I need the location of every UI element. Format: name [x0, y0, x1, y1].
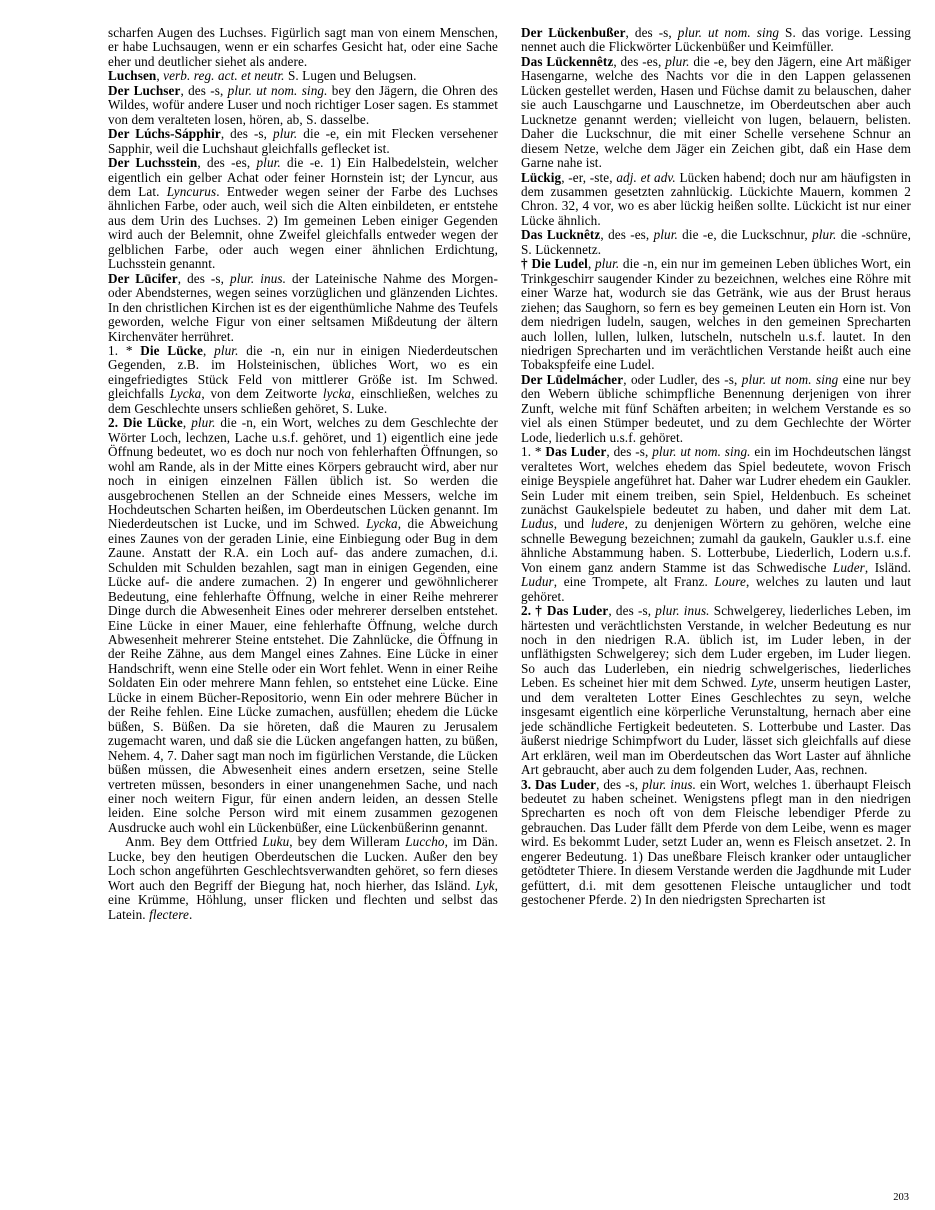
entry-text: 1. * [108, 343, 140, 358]
entry-text: , oder Ludler, des -s, [623, 372, 742, 387]
entry-text: , des -s, [180, 83, 227, 98]
grammar-label: lycka [323, 386, 351, 401]
grammar-label: ludere [591, 516, 625, 531]
grammar-label: plur. inus. [642, 777, 696, 792]
dictionary-entry: Lückig, -er, -ste, adj. et adv. Lücken h… [521, 171, 911, 229]
grammar-label: plur. inus. [655, 603, 709, 618]
entry-text: , und [554, 516, 591, 531]
entry-text: die -n, ein nur im gemeinen Leben üblich… [521, 256, 911, 372]
dictionary-entry: 3. Das Luder, des -s, plur. inus. ein Wo… [521, 778, 911, 908]
dictionary-entry: Der Lūdelmácher, oder Ludler, des -s, pl… [521, 373, 911, 445]
entry-text: , des -s, [608, 603, 655, 618]
left-column: scharfen Augen des Luchses. Figürlich sa… [108, 26, 498, 922]
grammar-label: plur. inus. [230, 271, 286, 286]
grammar-label: flectere [149, 907, 189, 922]
headword: Das Luder [545, 444, 606, 459]
grammar-label: Loure [714, 574, 746, 589]
grammar-label: Lyte [751, 675, 774, 690]
grammar-label: plur. [812, 227, 836, 242]
headword: Der Lūdelmácher [521, 372, 623, 387]
grammar-label: plur. [256, 155, 280, 170]
headword: 2. † Das Luder [521, 603, 608, 618]
headword: 2. Die Lücke [108, 415, 183, 430]
entry-text: . [189, 907, 192, 922]
entry-text: die -n, ein Wort, welches zu dem Geschle… [108, 415, 498, 531]
grammar-label: adj. et adv. [616, 170, 675, 185]
dictionary-page: scharfen Augen des Luchses. Figürlich sa… [0, 0, 935, 1210]
grammar-label: plur. ut nom. sing [742, 372, 839, 387]
grammar-label: plur. [595, 256, 619, 271]
entry-text: , des -s, [221, 126, 273, 141]
dictionary-entry: Das Lückennêtz, des -es, plur. die -e, b… [521, 55, 911, 171]
entry-text: ein Wort, welches 1. überhaupt Fleisch b… [521, 777, 911, 908]
entry-text: , des -s, [626, 25, 678, 40]
entry-text: , des -es, [600, 227, 653, 242]
grammar-label: plur. [214, 343, 238, 358]
grammar-label: Lyk [476, 878, 495, 893]
dictionary-entry: 1. * Die Lücke, plur. die -n, ein nur in… [108, 344, 498, 416]
headword: Das Lückennêtz [521, 54, 613, 69]
grammar-label: plur. [273, 126, 297, 141]
dictionary-entry: Der Luchser, des -s, plur. ut nom. sing.… [108, 84, 498, 127]
right-column: Der Lückenbußer, des -s, plur. ut nom. s… [521, 26, 911, 922]
entry-text: scharfen Augen des Luchses. Figürlich sa… [108, 25, 498, 69]
entry-text: , des -s, [178, 271, 230, 286]
entry-text: Anm. Bey dem Ottfried [125, 834, 263, 849]
entry-text: , die Abweichung eines Zaunes von der ge… [108, 516, 498, 835]
headword: Lückig [521, 170, 561, 185]
headword: Die Lücke [140, 343, 203, 358]
entry-text: , [588, 256, 595, 271]
dictionary-entry: Anm. Bey dem Ottfried Luku, bey dem Will… [108, 835, 498, 922]
grammar-label: Lycka [366, 516, 398, 531]
grammar-label: plur. [665, 54, 689, 69]
grammar-label: Lyncurus [167, 184, 217, 199]
grammar-label: plur. ut nom. sing. [652, 444, 750, 459]
entry-text: , bey dem Willeram [289, 834, 405, 849]
grammar-label: plur. ut nom. sing [678, 25, 779, 40]
headword: Der Luchser [108, 83, 180, 98]
entry-text: , Isländ. [865, 560, 911, 575]
headword: Der Lückenbußer [521, 25, 626, 40]
entry-text: 1. * [521, 444, 545, 459]
dictionary-entry: Das Lucknêtz, des -es, plur. die -e, die… [521, 228, 911, 257]
dictionary-entry: Der Lūcifer, des -s, plur. inus. der Lat… [108, 272, 498, 344]
dictionary-entry: scharfen Augen des Luchses. Figürlich sa… [108, 26, 498, 69]
grammar-label: Luku [263, 834, 290, 849]
entry-text: , [203, 343, 214, 358]
dictionary-entry: 2. † Das Luder, des -s, plur. inus. Schw… [521, 604, 911, 777]
dictionary-entry: † Die Ludel, plur. die -n, ein nur im ge… [521, 257, 911, 373]
headword: Luchsen [108, 68, 156, 83]
grammar-label: Ludus [521, 516, 554, 531]
dictionary-entry: Der Lückenbußer, des -s, plur. ut nom. s… [521, 26, 911, 55]
entry-text: die -e, bey den Jägern, eine Art mäßiger… [521, 54, 911, 170]
grammar-label: Luder [833, 560, 865, 575]
headword: † Die Ludel [521, 256, 588, 271]
entry-text: , -er, -ste, [561, 170, 616, 185]
headword: 3. Das Luder [521, 777, 596, 792]
dictionary-entry: 1. * Das Luder, des -s, plur. ut nom. si… [521, 445, 911, 604]
grammar-label: Lycka [170, 386, 202, 401]
grammar-label: Ludur [521, 574, 554, 589]
entry-text: , eine Trompete, alt Franz. [554, 574, 715, 589]
grammar-label: plur. [654, 227, 678, 242]
headword: Der Lúchs-Sápphir [108, 126, 221, 141]
headword: Der Luchsstein [108, 155, 197, 170]
entry-text: , des -es, [613, 54, 665, 69]
entry-text: , des -es, [197, 155, 256, 170]
dictionary-entry: Der Luchsstein, des -es, plur. die -e. 1… [108, 156, 498, 272]
entry-text: , des -s, [606, 444, 652, 459]
dictionary-entry: Der Lúchs-Sápphir, des -s, plur. die -e,… [108, 127, 498, 156]
headword: Das Lucknêtz [521, 227, 600, 242]
entry-text: , unserm heutigen Laster, und dem veralt… [521, 675, 911, 777]
entry-text: die -e, die Luckschnur, [678, 227, 812, 242]
grammar-label: plur. ut nom. sing. [228, 83, 328, 98]
grammar-label: Luccho [405, 834, 444, 849]
dictionary-entry: Luchsen, verb. reg. act. et neutr. S. Lu… [108, 69, 498, 83]
entry-text: , [183, 415, 191, 430]
dictionary-entry: 2. Die Lücke, plur. die -n, ein Wort, we… [108, 416, 498, 835]
page-number: 203 [893, 1192, 909, 1204]
headword: Der Lūcifer [108, 271, 178, 286]
entry-text: , von dem Zeitworte [201, 386, 322, 401]
entry-text: , des -s, [596, 777, 642, 792]
grammar-label: verb. reg. act. et neutr. [163, 68, 284, 83]
entry-text: S. Lugen und Belugsen. [285, 68, 417, 83]
text-columns: scharfen Augen des Luchses. Figürlich sa… [108, 26, 911, 922]
grammar-label: plur. [191, 415, 215, 430]
